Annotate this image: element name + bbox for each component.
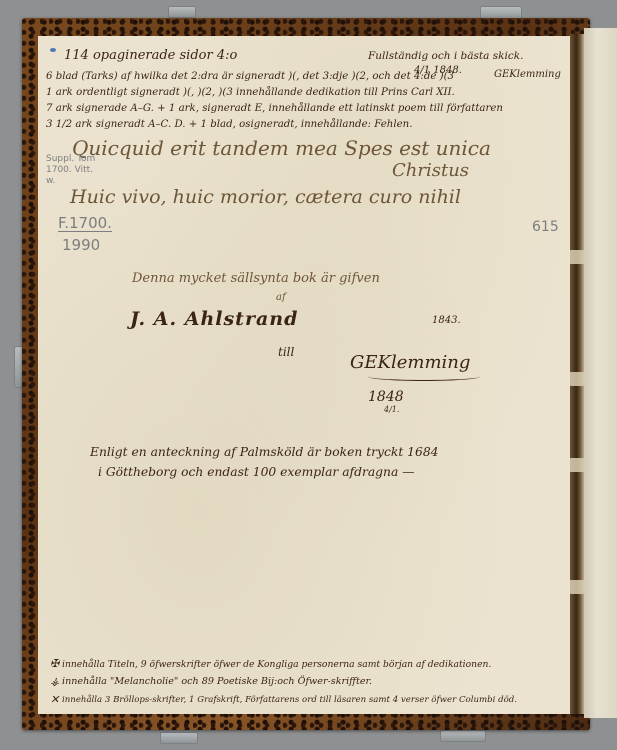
recipient-year: 1848: [368, 390, 404, 404]
binding-stitch: [568, 580, 586, 594]
recipient-date: 4/1.: [384, 406, 399, 414]
palmskold-note-line-1: Enligt en anteckning af Palmsköld är bok…: [90, 446, 438, 458]
footnote-symbol: ✕: [50, 694, 59, 705]
binding-stitch: [568, 250, 586, 264]
footnote-text: innehålla "Melancholie" och 89 Poetiske …: [62, 677, 372, 687]
shelf-mark: F.1700.: [58, 216, 112, 232]
facing-page: [584, 28, 617, 718]
footnote-text: innehålla Titeln, 9 öfwerskrifter öfwer …: [62, 660, 491, 669]
signature-top: GEKlemming: [494, 70, 561, 80]
collation-line: 1 ark ordentligt signeradt )(, )(2, )(3 …: [46, 88, 455, 98]
pencil-number: 615: [532, 220, 559, 234]
donor-year: 1843.: [432, 316, 461, 326]
date-note: 4/1 1848.: [414, 66, 462, 76]
flyleaf-page: 114 opaginerade sidor 4:o Fullständig oc…: [38, 36, 570, 714]
recipient-signature: GEKlemming: [350, 354, 470, 372]
footnote-symbol: ⚶: [50, 676, 59, 687]
binding-stitch: [568, 458, 586, 472]
pencil-left-note: Suppl. Tom 1700. Vitt. w.: [46, 154, 102, 187]
page-count-note: 114 opaginerade sidor 4:o: [64, 49, 237, 62]
palmskold-note-line-2: i Göttheborg och endast 100 exemplar afd…: [98, 466, 415, 478]
collation-line: 6 blad (Tarks) af hwilka det 2:dra är si…: [46, 72, 454, 82]
motto-line-3: Huic vivo, huic morior, cætera curo nihi…: [70, 188, 461, 207]
collation-line: 7 ark signerade A–G. + 1 ark, signeradt …: [46, 104, 503, 114]
collation-line: 3 1/2 ark signeradt A–C. D. + 1 blad, os…: [46, 120, 412, 130]
bottom-clip-right: [440, 730, 486, 742]
donor-name: J. A. Ahlstrand: [130, 310, 298, 329]
footnote-symbol: ✠: [50, 658, 59, 669]
till-word: till: [278, 346, 294, 358]
motto-line-1: Quicquid erit tandem mea Spes est unica: [72, 138, 491, 158]
gift-af: af: [276, 293, 286, 303]
binding-stitch: [568, 372, 586, 386]
gift-line: Denna mycket sällsynta bok är gifven: [132, 272, 380, 285]
condition-note: Fullständig och i bästa skick.: [368, 51, 523, 62]
ink-spot: [50, 48, 56, 52]
pencil-year: 1990: [62, 238, 100, 253]
signature-flourish: [368, 372, 480, 381]
motto-line-2: Christus: [392, 162, 469, 180]
top-clip-left: [168, 6, 196, 18]
footnote-text: innehålla 3 Bröllops-skrifter, 1 Grafskr…: [62, 695, 572, 706]
bottom-clip-left: [160, 732, 198, 744]
